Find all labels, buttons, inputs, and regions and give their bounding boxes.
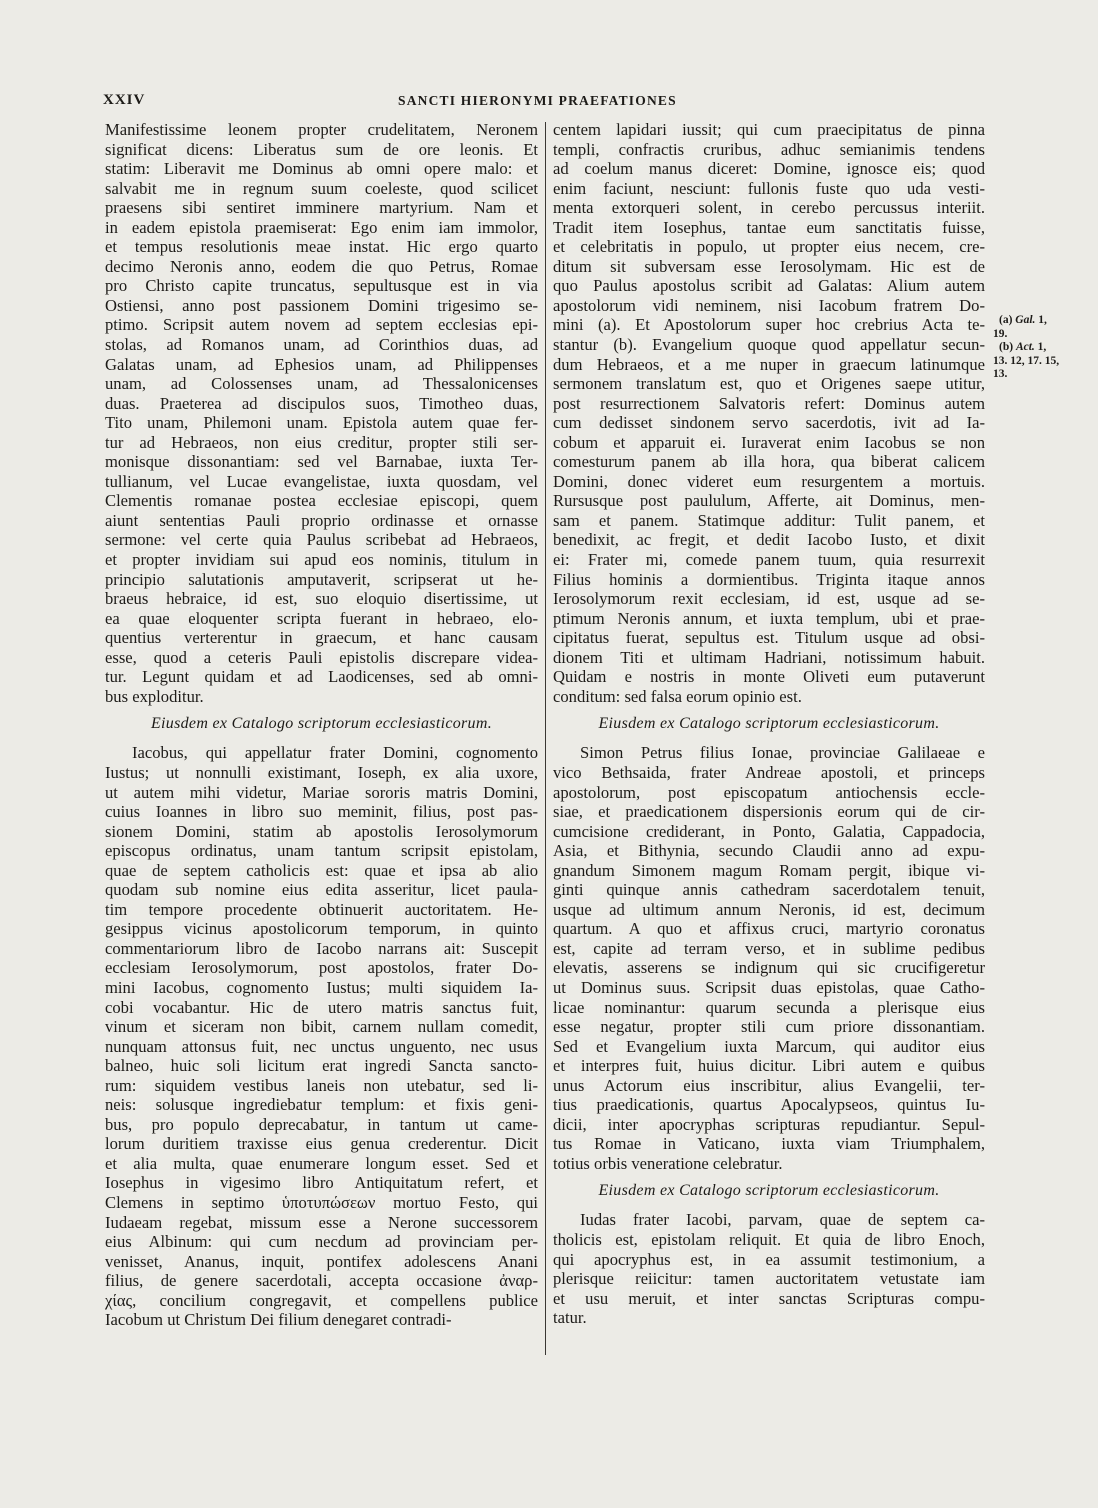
text-line: Tito unam, Philemoni unam. Epistola aute… bbox=[105, 413, 538, 433]
text-line: Simon Petrus filius Ionae, provinciae Ga… bbox=[553, 743, 985, 763]
text-line: statim: Liberavit me Dominus ab omni ope… bbox=[105, 159, 538, 179]
text-line: templi, confractis cruribus, adhuc semia… bbox=[553, 140, 985, 160]
text-line: sam et panem. Statimque additur: Tulit p… bbox=[553, 511, 985, 531]
text-line: Iacobus, qui appellatur frater Domini, c… bbox=[105, 743, 538, 763]
text-line: pro Christo capite truncatus, sepultusqu… bbox=[105, 276, 538, 296]
left-column: Manifestissime leonem propter crudelitat… bbox=[105, 120, 538, 1330]
text-line: quentius verterentur in graecum, et hanc… bbox=[105, 628, 538, 648]
text-line: apostolorum, post episcopatum antiochens… bbox=[553, 783, 985, 803]
text-line: Manifestissime leonem propter crudelitat… bbox=[105, 120, 538, 140]
text-line: Galatas unam, ad Ephesios unam, ad Phili… bbox=[105, 355, 538, 375]
text-line: Quidam e nostris in monte Oliveti eum pu… bbox=[553, 667, 985, 687]
text-line: vinum et siceram non bibit, carnem nulla… bbox=[105, 1017, 538, 1037]
text-line: quodam sub nomine eius edita asseritur, … bbox=[105, 880, 538, 900]
text-line: eius Albinum: qui cum necdum ad provinci… bbox=[105, 1232, 538, 1252]
text-line: licae nominantur: quarum secunda a pleri… bbox=[553, 998, 985, 1018]
paragraph: Manifestissime leonem propter crudelitat… bbox=[105, 120, 538, 706]
text-line: ea quae eloquenter scripta fuerant in he… bbox=[105, 609, 538, 629]
text-line: et celebritatis in populo, ut propter ei… bbox=[553, 237, 985, 257]
text-line: gesippus vicinus apostolicorum temporum,… bbox=[105, 919, 538, 939]
text-line: aiunt sententias Pauli proprio ordinasse… bbox=[105, 511, 538, 531]
text-line: Clementis romanae postea ecclesiae episc… bbox=[105, 491, 538, 511]
text-line: Clemens in septimo ὑποτυπώσεων mortuo Fe… bbox=[105, 1193, 538, 1213]
text-line: χίας, concilium congregavit, et compelle… bbox=[105, 1291, 538, 1311]
text-line: Ierosolymorum rexit ecclesiam, id est, u… bbox=[553, 589, 985, 609]
section-title: Eiusdem ex Catalogo scriptorum ecclesias… bbox=[553, 1181, 985, 1201]
text-line: bus, pro populo deprecabatur, in tantum … bbox=[105, 1115, 538, 1135]
footnote-reference: Gal. bbox=[1015, 314, 1035, 326]
footnote-b: (b) Act. 1, bbox=[993, 341, 1083, 355]
text-line: stantur (b). Evangelium quoque quod appe… bbox=[553, 335, 985, 355]
text-line: Filius hominis a dormientibus. Triginta … bbox=[553, 570, 985, 590]
text-line: ei: Frater mi, comede panem tuum, quia r… bbox=[553, 550, 985, 570]
text-line: esse, quod a ceteris Pauli epistolis dis… bbox=[105, 648, 538, 668]
text-line: ginti quinque annis cathedram sacerdotal… bbox=[553, 880, 985, 900]
text-line: ut autem mihi videtur, Mariae sororis ma… bbox=[105, 783, 538, 803]
text-line: ditum sit subversam esse Ierosolymam. Hi… bbox=[553, 257, 985, 277]
text-line: post resurrectionem Salvatoris refert: D… bbox=[553, 394, 985, 414]
text-line: lorum duritiem traxisse eius genua crede… bbox=[105, 1134, 538, 1154]
text-line: filius, de genere sacerdotali, accepta o… bbox=[105, 1271, 538, 1291]
text-line: ad coelum manus diceret: Domine, ignosce… bbox=[553, 159, 985, 179]
text-line: ecclesiam Ierosolymorum, post apostolos,… bbox=[105, 958, 538, 978]
text-line: principio salutationis amputaverit, scri… bbox=[105, 570, 538, 590]
text-line: et interpres fuit, huius dicitur. Libri … bbox=[553, 1056, 985, 1076]
text-line: episcopus ordinatus, unam tantum scripsi… bbox=[105, 841, 538, 861]
text-line: tim tempore procedente obtinuerit auctor… bbox=[105, 900, 538, 920]
text-line: unus Actorum eius inscribitur, alius Eva… bbox=[553, 1076, 985, 1096]
text-line: cobum et apparuit ei. Iuraverat enim Iac… bbox=[553, 433, 985, 453]
text-line: cumcisione crediderant, in Ponto, Galati… bbox=[553, 822, 985, 842]
text-line: centem lapidari iussit; qui cum praecipi… bbox=[553, 120, 985, 140]
text-line: commentariorum libro de Iacobo narrans a… bbox=[105, 939, 538, 959]
text-line: quo Paulus apostolus scribit ad Galatas:… bbox=[553, 276, 985, 296]
text-line: tholicis est, epistolam reliquit. Et qui… bbox=[553, 1230, 985, 1250]
margin-notes: (a) Gal. 1, 19. (b) Act. 1, 13. 12, 17. … bbox=[993, 314, 1083, 382]
text-line: duas. Praeterea ad discipulos suos, Timo… bbox=[105, 394, 538, 414]
text-line: conditum: sed falsa eorum opinio est. bbox=[553, 687, 985, 707]
text-line: ut Dominus suus. Scripsit duas epistolas… bbox=[553, 978, 985, 998]
text-line: cum dedisset sindonem servo sacerdotis, … bbox=[553, 413, 985, 433]
text-line: decimo Neronis anno, eodem die quo Petru… bbox=[105, 257, 538, 277]
text-line: Iosephus in vigesimo libro Antiquitatum … bbox=[105, 1173, 538, 1193]
text-line: dionem Titi et ultimam Hadriani, notissi… bbox=[553, 648, 985, 668]
text-line: dicii, inter apocryphas scripturas repud… bbox=[553, 1115, 985, 1135]
text-line: monisque dissonantiam: sed vel Barnabae,… bbox=[105, 452, 538, 472]
footnote-b-continued: 13. 12, 17. 15, bbox=[993, 355, 1083, 369]
footnote-citation: 1, bbox=[1038, 314, 1047, 326]
footnote-citation: 1, bbox=[1038, 341, 1047, 353]
text-line: plerisque reiicitur: tamen auctoritatem … bbox=[553, 1269, 985, 1289]
text-line: siae, et praedicationem dispersionis eor… bbox=[553, 802, 985, 822]
text-line: vico Bethsaida, frater Andreae apostoli,… bbox=[553, 763, 985, 783]
text-line: in eadem epistola praemiserat: Ego enim … bbox=[105, 218, 538, 238]
text-line: sionem Domini, statim ab apostolis Ieros… bbox=[105, 822, 538, 842]
text-line: dum Hebraeos, et a me nuper in graecum l… bbox=[553, 355, 985, 375]
text-line: et usu meruit, et inter sanctas Scriptur… bbox=[553, 1289, 985, 1309]
text-line: ptimo. Scripsit autem novem ad septem ec… bbox=[105, 315, 538, 335]
text-line: stolas, ad Romanos unam, ad Corinthios d… bbox=[105, 335, 538, 355]
text-line: braeus hebraice, id est, suo eloquio dis… bbox=[105, 589, 538, 609]
text-line: praesens sibi sentiret imminere martyriu… bbox=[105, 198, 538, 218]
paragraph: Iacobus, qui appellatur frater Domini, c… bbox=[105, 743, 538, 1329]
footnote-a: (a) Gal. 1, bbox=[993, 314, 1083, 328]
text-line: tatur. bbox=[553, 1308, 985, 1328]
footnote-b-continued: 13. bbox=[993, 368, 1083, 382]
text-line: Domini, donec videret eum resurgentem a … bbox=[553, 472, 985, 492]
text-line: neis: solusque ingrediebatur templum: et… bbox=[105, 1095, 538, 1115]
text-line: menta extorqueri solent, in cerebo percu… bbox=[553, 198, 985, 218]
text-line: elevatis, asserens se indignum qui sic c… bbox=[553, 958, 985, 978]
right-column: centem lapidari iussit; qui cum praecipi… bbox=[553, 120, 985, 1328]
text-line: Sed et Evangelium iuxta Marcum, qui audi… bbox=[553, 1037, 985, 1057]
text-line: Iacobum ut Christum Dei filium denegaret… bbox=[105, 1310, 538, 1330]
column-divider bbox=[545, 122, 546, 1355]
text-line: significat dicens: Liberatus sum de ore … bbox=[105, 140, 538, 160]
paragraph: centem lapidari iussit; qui cum praecipi… bbox=[553, 120, 985, 706]
text-line: sermone: vel certe quia Paulus scribebat… bbox=[105, 530, 538, 550]
text-line: benedixit, ac fregit, et dedit Iacobo Iu… bbox=[553, 530, 985, 550]
text-line: Asia, et Bithynia, secundo Claudii anno … bbox=[553, 841, 985, 861]
text-line: enim faciunt, nesciunt: fullonis fuste q… bbox=[553, 179, 985, 199]
text-line: bus exploditur. bbox=[105, 687, 538, 707]
text-line: et tempus resolutionis meae instat. Hic … bbox=[105, 237, 538, 257]
running-head: SANCTI HIERONYMI PRAEFATIONES bbox=[398, 93, 677, 109]
text-line: Tradit item Iosephus, tantae eum sanctit… bbox=[553, 218, 985, 238]
text-line: est, capite ad terram verso, et in subli… bbox=[553, 939, 985, 959]
text-line: Iudas frater Iacobi, parvam, quae de sep… bbox=[553, 1210, 985, 1230]
text-line: cobi vocabantur. Hic de utero matris san… bbox=[105, 998, 538, 1018]
text-line: gnandum Simonem magum Romam pergit, ibiq… bbox=[553, 861, 985, 881]
text-line: cipitatus fuerat, sepultus est. Titulum … bbox=[553, 628, 985, 648]
text-line: esse negatur, propter stili cum priore d… bbox=[553, 1017, 985, 1037]
page-number: XXIV bbox=[103, 92, 145, 109]
text-line: mini (a). Et Apostolorum super hoc crebr… bbox=[553, 315, 985, 335]
text-line: tus Romae in Vaticano, iuxta viam Triump… bbox=[553, 1134, 985, 1154]
text-line: Iudaeam regebat, missum esse a Nerone su… bbox=[105, 1213, 538, 1233]
text-line: usque ad ultimum annum Neronis, id est, … bbox=[553, 900, 985, 920]
text-line: ptimum Neronis annum, et iuxta templum, … bbox=[553, 609, 985, 629]
text-line: totius orbis veneratione celebratur. bbox=[553, 1154, 985, 1174]
footnote-reference: Act. bbox=[1016, 341, 1035, 353]
text-line: Iustus; ut nonnulli existimant, Ioseph, … bbox=[105, 763, 538, 783]
text-line: apostolorum vidi neminem, nisi Iacobum f… bbox=[553, 296, 985, 316]
text-line: sermonem translatum est, quo et Origenes… bbox=[553, 374, 985, 394]
section-title: Eiusdem ex Catalogo scriptorum ecclesias… bbox=[553, 714, 985, 734]
text-line: Rursusque post paululum, Afferte, ait Do… bbox=[553, 491, 985, 511]
text-line: mini Iacobus, cognomento Iustus; multi s… bbox=[105, 978, 538, 998]
text-line: tius praedicationis, quartus Apocalypseo… bbox=[553, 1095, 985, 1115]
footnote-label: (b) bbox=[999, 341, 1013, 353]
text-line: tur. Legunt quidam et ad Laodicenses, se… bbox=[105, 667, 538, 687]
text-line: tur ad Hebraeos, non eius creditur, prop… bbox=[105, 433, 538, 453]
text-line: venisset, Ananus, inquit, pontifex adole… bbox=[105, 1252, 538, 1272]
text-line: et propter invidiam sui apud eos nominis… bbox=[105, 550, 538, 570]
paragraph: Simon Petrus filius Ionae, provinciae Ga… bbox=[553, 743, 985, 1173]
text-line: et alia multa, quae enumerare longum ess… bbox=[105, 1154, 538, 1174]
text-line: tullianum, vel Lucae evangelistae, iuxta… bbox=[105, 472, 538, 492]
text-line: nunquam attonsus fuit, nec unctus unguen… bbox=[105, 1037, 538, 1057]
text-line: balneo, huic soli licitum erat ingredi S… bbox=[105, 1056, 538, 1076]
footnote-a-continued: 19. bbox=[993, 328, 1083, 342]
text-line: qui apocryphus est, in ea assumit testim… bbox=[553, 1250, 985, 1270]
text-line: quartum. A quo et affixus cruci, martyri… bbox=[553, 919, 985, 939]
section-title: Eiusdem ex Catalogo scriptorum ecclesias… bbox=[105, 714, 538, 734]
text-line: cuius Ioannes in libro suo meminit, fili… bbox=[105, 802, 538, 822]
text-line: rum: siquidem vestibus laneis non utebat… bbox=[105, 1076, 538, 1096]
text-line: unam, ad Colossenses unam, ad Thessaloni… bbox=[105, 374, 538, 394]
footnote-label: (a) bbox=[999, 314, 1012, 326]
paragraph: Iudas frater Iacobi, parvam, quae de sep… bbox=[553, 1210, 985, 1327]
text-line: Ostiensi, anno post passionem Domini tri… bbox=[105, 296, 538, 316]
text-line: comesturum panem ab illa hora, qua biber… bbox=[553, 452, 985, 472]
text-line: quae de septem catholicis est: quae et i… bbox=[105, 861, 538, 881]
text-line: salvabit me in regnum suum coeleste, quo… bbox=[105, 179, 538, 199]
page-header: XXIV SANCTI HIERONYMI PRAEFATIONES bbox=[103, 92, 985, 112]
